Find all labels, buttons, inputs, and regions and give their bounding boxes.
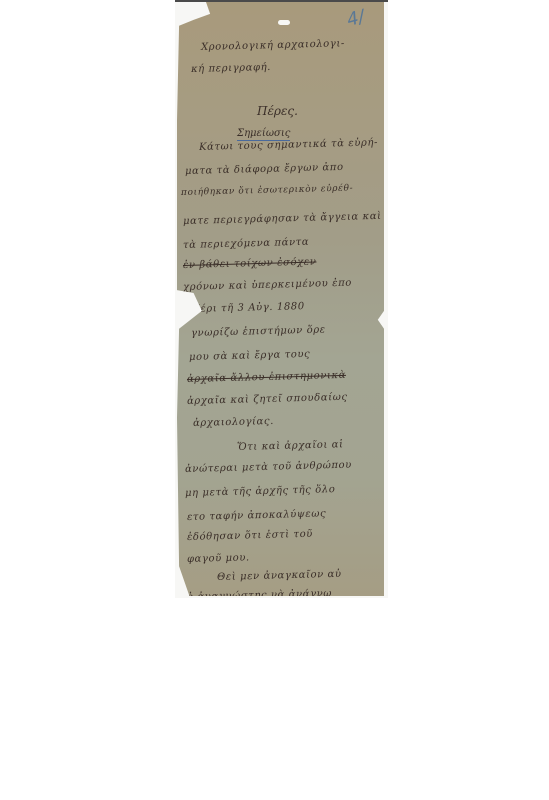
handwritten-line: γνωρίζω ἐπιστήμων ὅρε [191, 323, 384, 339]
handwritten-line-struck: ἐν βάθει τοίχων ἐσόχεν [183, 255, 384, 271]
handwritten-line: ετο ταφήν ἀποκαλύψεως [187, 507, 384, 523]
handwritten-line: Πέρι τῆ 3 Αὐγ. 1880 [191, 299, 384, 315]
handwritten-line: μη μετὰ τῆς ἀρχῆς τῆς ὅλο [185, 483, 384, 499]
handwritten-line: ἀρχαῖα καὶ ζητεῖ σπουδαίως [187, 391, 384, 407]
title-line-2: κή περιγραφή. [191, 59, 384, 75]
handwritten-line: Κάτωι τους σημαντικά τὰ εὑρή- [199, 137, 384, 153]
handwritten-line: χρόνων καὶ ὑπερκειμένου ἐπο [183, 277, 384, 293]
title-line-1: Χρονολογική αρχαιολογι- [201, 37, 384, 53]
handwritten-line: φαγοῦ μου. [187, 549, 384, 565]
manuscript-page: 4/ Χρονολογική αρχαιολογι- κή περιγραφή.… [177, 2, 384, 596]
handwritten-line: ἐδόθησαν ὅτι ἐστὶ τοῦ [187, 527, 384, 543]
page-number: 4/ [345, 6, 367, 31]
handwritten-line: μου σὰ καὶ ἔργα τους [189, 347, 384, 363]
heading: Πέρες. [257, 104, 298, 118]
handwritten-line: Ὅτι καὶ ἀρχαῖοι αἱ [237, 437, 384, 453]
handwritten-line: ἀνώτεραι μετὰ τοῦ ἀνθρώπου [185, 459, 384, 475]
handwritten-line: Θεὶ μεν ἀναγκαῖον αὐ [217, 567, 384, 583]
handwritten-line: ματα τὰ διάφορα ἔργων ἀπο [185, 161, 384, 177]
paper-tear [278, 20, 290, 25]
handwritten-line: ἀρχαιολογίας. [193, 413, 384, 429]
scan-top-edge [175, 0, 388, 2]
handwritten-line: τὰ περιεχόμενα πάντα [183, 235, 384, 251]
handwritten-line-struck: ἀρχαῖα ἄλλου ἐπιστημονικὰ [187, 369, 384, 385]
handwritten-line: ποιήθηκαν ὅτι ἐσωτερικὸν εὐρέθ- [181, 183, 384, 198]
handwritten-line: ματε περιεγράφησαν τὰ ἄγγεια καὶ [183, 211, 384, 227]
handwritten-line: ὁ ἀναγνώστης νὰ ἀνάγνω [187, 587, 384, 596]
